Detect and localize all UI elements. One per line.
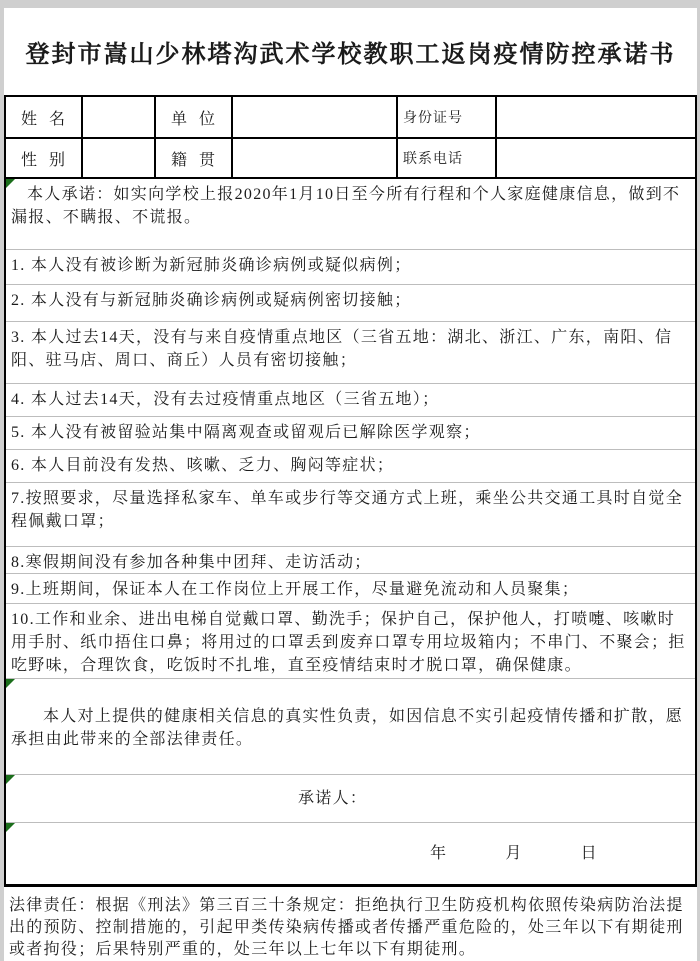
- legal-notice: 法律责任：根据《刑法》第三百三十条规定：拒绝执行卫生防疫机构依照传染病防治法提出…: [4, 887, 697, 961]
- date-day-label: 日: [581, 842, 598, 865]
- commitment-item-4: 4. 本人过去14天，没有去过疫情重点地区（三省五地）；: [6, 384, 695, 417]
- commitment-item-10: 10.工作和业余、进出电梯自觉戴口罩、勤洗手；保护自己，保护他人，打喷嚏、咳嗽时…: [6, 604, 695, 679]
- commitment-item-7: 7.按照要求，尽量选择私家车、单车或步行等交通方式上班，乘坐公共交通工具时自觉全…: [6, 483, 695, 547]
- gender-label: 性 别: [6, 137, 81, 177]
- title-block: 登封市嵩山少林塔沟武术学校教职工返岗疫情防控承诺书: [4, 8, 697, 95]
- commitment-item-8: 8.寒假期间没有参加各种集中团拜、走访活动；: [6, 547, 695, 574]
- name-label: 姓 名: [6, 97, 81, 137]
- commitment-item-1: 1. 本人没有被诊断为新冠肺炎确诊病例或疑似病例；: [6, 250, 695, 285]
- phone-field[interactable]: [495, 137, 695, 177]
- commitment-form-page: 登封市嵩山少林塔沟武术学校教职工返岗疫情防控承诺书 姓 名 单 位 身份证号 性…: [4, 8, 697, 961]
- commitment-item-3: 3. 本人过去14天，没有与来自疫情重点地区（三省五地：湖北、浙江、广东，南阳、…: [6, 322, 695, 384]
- commitment-item-5: 5. 本人没有被留验站集中隔离观查或留观后已解除医学观察；: [6, 417, 695, 450]
- date-year-label: 年: [430, 842, 447, 865]
- hometown-field[interactable]: [231, 137, 396, 177]
- personal-info-table: 姓 名 单 位 身份证号 性 别 籍 贯 联系电话: [4, 95, 697, 179]
- date-row: 年 月 日: [6, 823, 695, 884]
- signer-label: 承诺人：: [298, 787, 367, 810]
- commitment-item-6: 6. 本人目前没有发热、咳嗽、乏力、胸闷等症状；: [6, 450, 695, 483]
- id-number-field[interactable]: [495, 97, 695, 137]
- commitment-intro: 本人承诺：如实向学校上报2020年1月10日至今所有行程和个人家庭健康信息，做到…: [6, 179, 695, 250]
- phone-label: 联系电话: [396, 137, 495, 177]
- name-field[interactable]: [81, 97, 154, 137]
- signer-row: 承诺人：: [6, 775, 695, 823]
- responsibility-statement: 本人对上提供的健康相关信息的真实性负责，如因信息不实引起疫情传播和扩散，愿承担由…: [6, 679, 695, 775]
- date-month-label: 月: [505, 842, 522, 865]
- commitment-item-2: 2. 本人没有与新冠肺炎确诊病例或疑病例密切接触；: [6, 285, 695, 322]
- id-number-label: 身份证号: [396, 97, 495, 137]
- commitment-body: 本人承诺：如实向学校上报2020年1月10日至今所有行程和个人家庭健康信息，做到…: [4, 179, 697, 887]
- gender-field[interactable]: [81, 137, 154, 177]
- unit-field[interactable]: [231, 97, 396, 137]
- unit-label: 单 位: [154, 97, 231, 137]
- page-title: 登封市嵩山少林塔沟武术学校教职工返岗疫情防控承诺书: [26, 34, 676, 69]
- hometown-label: 籍 贯: [154, 137, 231, 177]
- commitment-item-9: 9.上班期间，保证本人在工作岗位上开展工作，尽量避免流动和人员聚集；: [6, 574, 695, 604]
